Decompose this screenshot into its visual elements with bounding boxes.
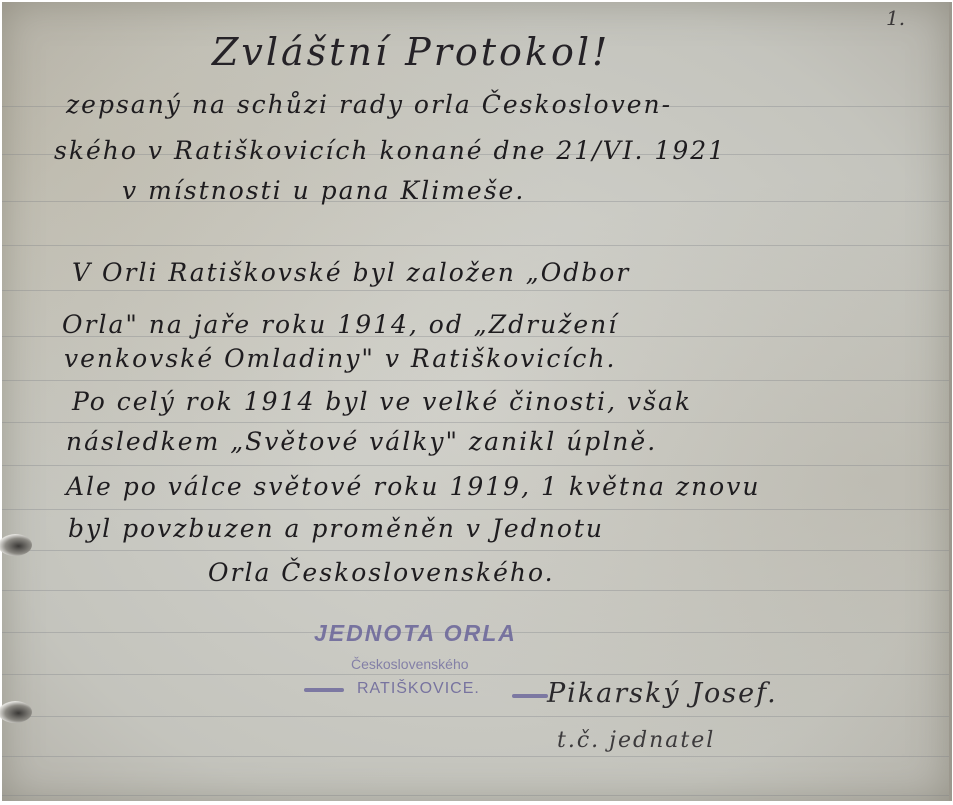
stamp-ornament-icon xyxy=(304,688,344,692)
signature-role: t.č. jednatel xyxy=(557,728,715,753)
body-line: Orla" na jaře roku 1914, od „Združení xyxy=(62,310,618,339)
document-page: 1. Zvláštní Protokol! zepsaný na schůzi … xyxy=(2,2,952,801)
stamp-title: JEDNOTA ORLA xyxy=(314,620,517,647)
binding-hole xyxy=(0,534,32,556)
ruled-line xyxy=(2,795,949,796)
signature-name: Pikarský Josef. xyxy=(547,678,778,709)
ruled-line xyxy=(2,245,949,246)
ruled-line xyxy=(2,550,949,551)
binding-hole xyxy=(0,701,32,723)
page-number: 1. xyxy=(886,6,905,30)
ruled-line xyxy=(2,756,949,757)
ruled-line xyxy=(2,590,949,591)
ruled-line xyxy=(2,674,949,675)
stamp-subtitle: Československého xyxy=(351,656,469,672)
ruled-line xyxy=(2,422,949,423)
ruled-line xyxy=(2,509,949,510)
body-line: následkem „Světové války" zanikl úplně. xyxy=(66,427,657,456)
body-line: Po celý rok 1914 byl ve velké činosti, v… xyxy=(72,387,692,416)
stamp-ornament-icon xyxy=(512,694,548,698)
ruled-line xyxy=(2,716,949,717)
body-line: Ale po válce světové roku 1919, 1 května… xyxy=(66,472,760,501)
ruled-line xyxy=(2,380,949,381)
header-line: zepsaný na schůzi rady orla Českosloven- xyxy=(66,90,672,119)
document-title: Zvláštní Protokol! xyxy=(212,30,610,74)
body-line: venkovské Omladiny" v Ratiškovicích. xyxy=(64,344,616,373)
header-line: v místnosti u pana Klimeše. xyxy=(122,176,525,205)
body-line: V Orli Ratiškovské byl založen „Odbor xyxy=(72,258,630,287)
header-line: ského v Ratiškovicích konané dne 21/VI. … xyxy=(54,136,726,165)
body-line: byl povzbuzen a proměněn v Jednotu xyxy=(68,514,604,543)
stamp-place: RATIŠKOVICE. xyxy=(357,680,480,698)
ruled-line xyxy=(2,290,949,291)
ruled-line xyxy=(2,465,949,466)
body-line: Orla Československého. xyxy=(208,558,555,587)
